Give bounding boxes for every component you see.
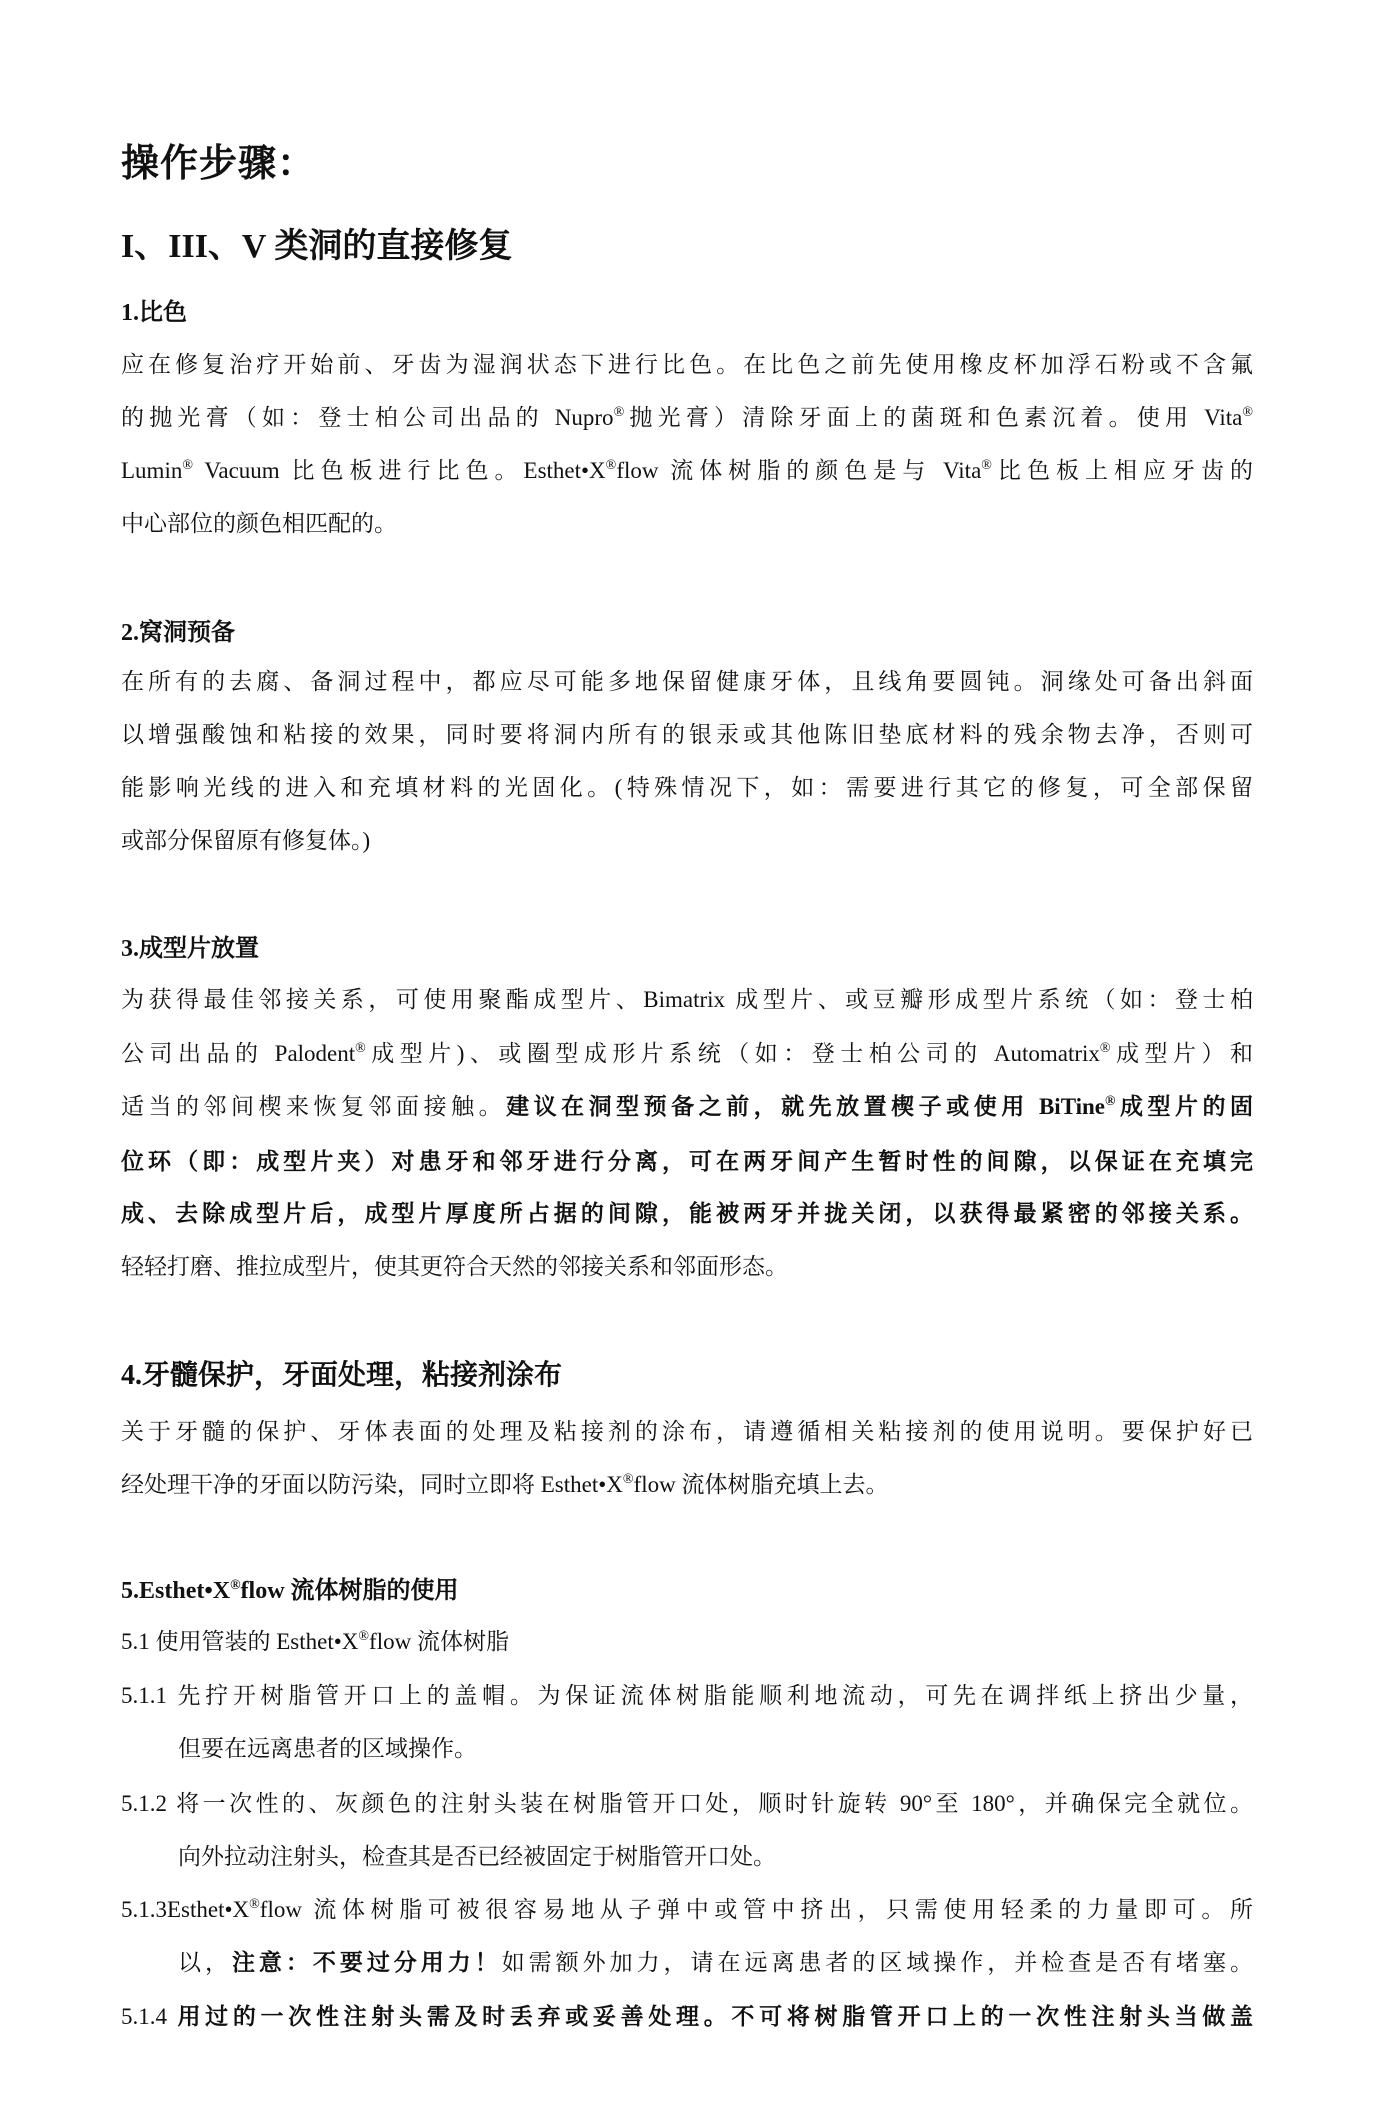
text-line: 成、去除成型片后，成型片厚度所占据的间隙，能被两牙并拢关闭，以获得最紧密的邻接关… (121, 1199, 1253, 1229)
text-line: 5.1.1 先拧开树脂管开口上的盖帽。为保证流体树脂能顺利地流动，可先在调拌纸上… (121, 1681, 1253, 1711)
bold-text: 位环（即：成型片夹）对患牙和邻牙进行分离，可在两牙间产生暂时性的间隙，以保证在充… (121, 1149, 1253, 1174)
text-line: 中心部位的颜色相匹配的。 (121, 509, 1253, 539)
text-run: 应在修复治疗开始前、牙齿为湿润状态下进行比色。在比色之前先使用橡皮杯加浮石粉或不… (121, 352, 1253, 377)
text-line: Lumin® Vacuum 比色板进行比色。Esthet•X®flow 流体树脂… (121, 456, 1253, 486)
text-line: 5.1.4 用过的一次性注射头需及时丢弃或妥善处理。不可将树脂管开口上的一次性注… (121, 2002, 1253, 2032)
text-line: 适当的邻间楔来恢复邻面接触。建议在洞型预备之前，就先放置楔子或使用 BiTine… (121, 1092, 1253, 1122)
bold-text: 成、去除成型片后，成型片厚度所占据的间隙，能被两牙并拢关闭，以获得最紧密的邻接关… (121, 1201, 1253, 1226)
text-run: 5.1.4 (121, 2004, 177, 2029)
text-line: 的抛光膏（如：登士柏公司出品的 Nupro®抛光膏）清除牙面上的菌斑和色素沉着。… (121, 403, 1253, 433)
bold-text: 3.成型片放置 (121, 936, 259, 962)
text-line: 经处理干净的牙面以防污染，同时立即将 Esthet•X®flow 流体树脂充填上… (121, 1470, 1253, 1500)
text-line: 以，注意：不要过分用力！如需额外加力，请在远离患者的区域操作，并检查是否有堵塞。 (121, 1948, 1253, 1978)
text-run: flow 流体树脂的颜色是与 Vita (616, 458, 981, 483)
text-run: 公司出品的 Palodent (121, 1041, 355, 1066)
registered-mark: ® (1242, 405, 1253, 420)
bold-text: 5.Esthet•X (121, 1578, 230, 1604)
text-run: 能影响光线的进入和充填材料的光固化。(特殊情况下，如：需要进行其它的修复，可全部… (121, 775, 1253, 800)
section-title: I、III、V 类洞的直接修复 (121, 218, 1253, 267)
text-run: 为获得最佳邻接关系，可使用聚酯成型片、Bimatrix 成型片、或豆瓣形成型片系… (121, 987, 1253, 1012)
bold-text: 用过的一次性注射头需及时丢弃或妥善处理。不可将树脂管开口上的一次性注射头当做盖 (177, 2004, 1253, 2029)
text-line: 位环（即：成型片夹）对患牙和邻牙进行分离，可在两牙间产生暂时性的间隙，以保证在充… (121, 1147, 1253, 1177)
text-run: 但要在远离患者的区域操作。 (178, 1736, 477, 1761)
section-heading: 1.比色 (121, 292, 1253, 327)
text-run: Vacuum 比色板进行比色。Esthet•X (193, 458, 606, 483)
registered-mark: ® (606, 458, 617, 473)
text-run: 以增强酸蚀和粘接的效果，同时要将洞内所有的银汞或其他陈旧垫底材料的残余物去净，否… (121, 722, 1253, 747)
text-line: 但要在远离患者的区域操作。 (121, 1734, 1253, 1764)
text-run: 轻轻打磨、推拉成型片，使其更符合天然的邻接关系和邻面形态。 (121, 1254, 788, 1279)
text-run: 成型片)、或圈型成形片系统（如：登士柏公司的 Automatrix (366, 1041, 1100, 1066)
registered-mark: ® (230, 1578, 240, 1593)
section-heading: 2.窝洞预备 (121, 612, 1253, 647)
text-run: 以， (178, 1950, 232, 1975)
text-run: 5.1.3Esthet•X (121, 1897, 249, 1922)
text-run: Lumin (121, 458, 182, 483)
registered-mark: ® (623, 1472, 634, 1487)
section-heading: 5.Esthet•X®flow 流体树脂的使用 (121, 1570, 1253, 1605)
text-line: 5.1 使用管装的 Esthet•X®flow 流体树脂 (121, 1627, 1253, 1657)
text-line: 轻轻打磨、推拉成型片，使其更符合天然的邻接关系和邻面形态。 (121, 1252, 1253, 1282)
text-line: 或部分保留原有修复体。) (121, 826, 1253, 856)
text-run: 关于牙髓的保护、牙体表面的处理及粘接剂的涂布，请遵循相关粘接剂的使用说明。要保护… (121, 1419, 1253, 1444)
bold-text: 注意：不要过分用力！ (232, 1950, 502, 1975)
text-run: 或部分保留原有修复体。) (121, 828, 370, 853)
page-title: 操作步骤： (121, 132, 1253, 187)
bold-text: 2.窝洞预备 (121, 620, 235, 646)
text-run: 在所有的去腐、备洞过程中，都应尽可能多地保留健康牙体，且线角要圆钝。洞缘处可备出… (121, 669, 1253, 694)
text-run: flow 流体树脂 (369, 1629, 509, 1654)
text-run: 如需额外加力，请在远离患者的区域操作，并检查是否有堵塞。 (502, 1950, 1253, 1975)
text-run: 适当的邻间楔来恢复邻面接触。 (121, 1094, 506, 1119)
bold-text: 1.比色 (121, 300, 187, 326)
registered-mark: ® (981, 458, 992, 473)
text-run: 5.1.2 将一次性的、灰颜色的注射头装在树脂管开口处，顺时针旋转 90°至 1… (121, 1791, 1253, 1816)
text-run: 5.1 使用管装的 Esthet•X (121, 1629, 358, 1654)
text-line: 在所有的去腐、备洞过程中，都应尽可能多地保留健康牙体，且线角要圆钝。洞缘处可备出… (121, 667, 1253, 697)
bold-text: flow 流体树脂的使用 (241, 1578, 459, 1604)
registered-mark: ® (1100, 1041, 1111, 1056)
text-run: flow 流体树脂可被很容易地从子弹中或管中挤出，只需使用轻柔的力量即可。所 (260, 1897, 1253, 1922)
text-line: 5.1.3Esthet•X®flow 流体树脂可被很容易地从子弹中或管中挤出，只… (121, 1895, 1253, 1925)
registered-mark: ® (358, 1629, 369, 1644)
bold-text: 成型片的固 (1115, 1094, 1253, 1119)
text-run: flow 流体树脂充填上去。 (634, 1472, 889, 1497)
registered-mark: ® (182, 458, 193, 473)
text-line: 为获得最佳邻接关系，可使用聚酯成型片、Bimatrix 成型片、或豆瓣形成型片系… (121, 985, 1253, 1015)
registered-mark: ® (249, 1897, 260, 1912)
text-line: 5.1.2 将一次性的、灰颜色的注射头装在树脂管开口处，顺时针旋转 90°至 1… (121, 1789, 1253, 1819)
section-heading: 4.牙髓保护，牙面处理，粘接剂涂布 (121, 1353, 1253, 1393)
text-run: 经处理干净的牙面以防污染，同时立即将 Esthet•X (121, 1472, 623, 1497)
text-run: 向外拉动注射头，检查其是否已经被固定于树脂管开口处。 (178, 1844, 776, 1869)
text-line: 应在修复治疗开始前、牙齿为湿润状态下进行比色。在比色之前先使用橡皮杯加浮石粉或不… (121, 350, 1253, 380)
bold-text: 建议在洞型预备之前，就先放置楔子或使用 BiTine (506, 1094, 1105, 1119)
text-run: 成型片）和 (1111, 1041, 1253, 1066)
text-run: 抛光膏）清除牙面上的菌斑和色素沉着。使用 Vita (624, 405, 1242, 430)
text-run: 中心部位的颜色相匹配的。 (121, 511, 397, 536)
registered-mark: ® (355, 1041, 366, 1056)
text-line: 以增强酸蚀和粘接的效果，同时要将洞内所有的银汞或其他陈旧垫底材料的残余物去净，否… (121, 720, 1253, 750)
bold-text: 4.牙髓保护，牙面处理，粘接剂涂布 (121, 1360, 562, 1391)
text-line: 向外拉动注射头，检查其是否已经被固定于树脂管开口处。 (121, 1842, 1253, 1872)
registered-mark: ® (614, 405, 625, 420)
text-run: 的抛光膏（如：登士柏公司出品的 Nupro (121, 405, 614, 430)
text-run: 5.1.1 先拧开树脂管开口上的盖帽。为保证流体树脂能顺利地流动，可先在调拌纸上… (121, 1683, 1253, 1708)
registered-mark: ® (1105, 1094, 1115, 1109)
text-line: 公司出品的 Palodent®成型片)、或圈型成形片系统（如：登士柏公司的 Au… (121, 1039, 1253, 1069)
text-line: 关于牙髓的保护、牙体表面的处理及粘接剂的涂布，请遵循相关粘接剂的使用说明。要保护… (121, 1417, 1253, 1447)
section-heading: 3.成型片放置 (121, 928, 1253, 963)
text-run: 比色板上相应牙齿的 (992, 458, 1253, 483)
text-line: 能影响光线的进入和充填材料的光固化。(特殊情况下，如：需要进行其它的修复，可全部… (121, 773, 1253, 803)
